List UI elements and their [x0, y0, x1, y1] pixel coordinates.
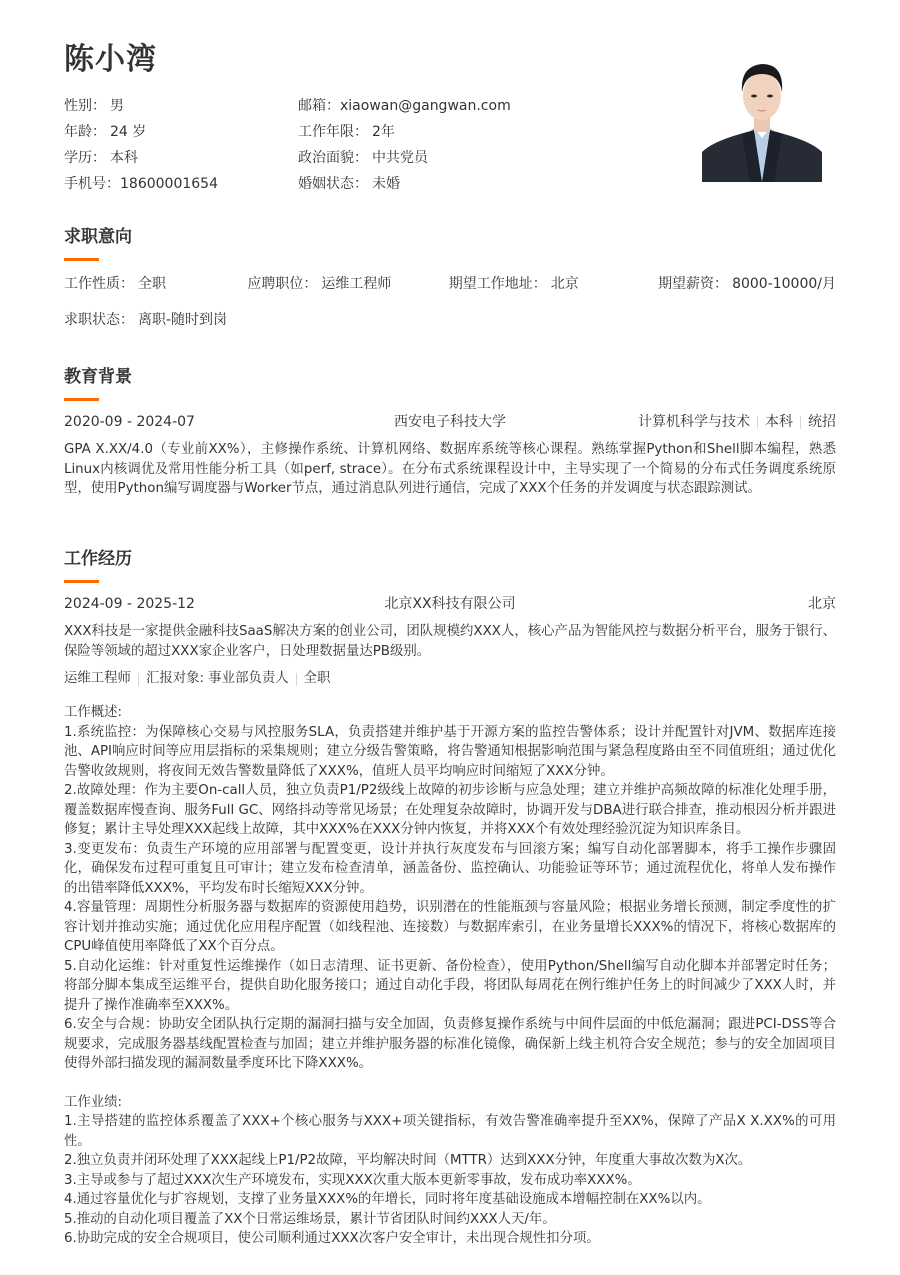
education-meta: 计算机科学与技术 本科 统招	[576, 412, 836, 432]
portrait-icon	[702, 50, 822, 182]
section-underline	[64, 398, 99, 401]
section-title: 教育背景	[64, 365, 836, 389]
achievement-item: 6.协助完成的安全合规项目，使公司顺利通过XXX次客户安全审计，未出现合规性扣分…	[64, 1229, 836, 1249]
info-marital: 婚姻状态：未婚	[298, 171, 684, 197]
intent-status: 求职状态：离职-随时到岗	[64, 310, 227, 330]
achievement-item: 3.主导或参与了超过XXX次生产环境发布，实现XXX次重大版本更新零事故，发布成…	[64, 1171, 836, 1191]
achievements-label: 工作业绩:	[64, 1093, 836, 1113]
education-period: 2020-09 - 2024-07	[64, 412, 324, 432]
education-header: 2020-09 - 2024-07 西安电子科技大学 计算机科学与技术 本科 统…	[64, 412, 836, 432]
major: 计算机科学与技术	[638, 412, 750, 432]
info-gender: 性别：男	[64, 93, 298, 119]
employment-type: 全职	[304, 669, 331, 689]
section-work: 工作经历 2024-09 - 2025-12 北京XX科技有限公司 北京 XXX…	[64, 547, 836, 1249]
overview-item: 2.故障处理：作为主要On-call人员，独立负责P1/P2级线上故障的初步诊断…	[64, 781, 836, 840]
work-header: 2024-09 - 2025-12 北京XX科技有限公司 北京	[64, 594, 836, 614]
overview-item: 5.自动化运维：针对重复性运维操作（如日志清理、证书更新、备份检查），使用Pyt…	[64, 957, 836, 1016]
overview-item: 6.安全与合规：协助安全团队执行定期的漏洞扫描与安全加固，负责修复操作系统与中间…	[64, 1015, 836, 1074]
info-political: 政治面貌：中共党员	[298, 145, 684, 171]
info-education: 学历：本科	[64, 145, 298, 171]
basic-info: 性别：男 邮箱：xiaowan@gangwan.com 年龄：24 岁 工作年限…	[64, 93, 684, 197]
report-to: 汇报对象: 事业部负责人	[146, 669, 289, 689]
info-phone: 手机号：18600001654	[64, 171, 298, 197]
company-name: 北京XX科技有限公司	[324, 594, 576, 614]
achievement-item: 4.通过容量优化与扩容规划，支撑了业务量XXX%的年增长，同时将年度基础设施成本…	[64, 1190, 836, 1210]
section-underline	[64, 258, 99, 261]
section-education: 教育背景 2020-09 - 2024-07 西安电子科技大学 计算机科学与技术…	[64, 365, 836, 499]
enrollment-type: 统招	[808, 412, 836, 432]
info-age: 年龄：24 岁	[64, 119, 298, 145]
overview-item: 1.系统监控：为保障核心交易与风控服务SLA，负责搭建并维护基于开源方案的监控告…	[64, 723, 836, 782]
degree: 本科	[765, 412, 793, 432]
intent-salary: 期望薪资：8000-10000/月	[658, 274, 836, 294]
company-intro: XXX科技是一家提供金融科技SaaS解决方案的创业公司，团队规模约XXX人，核心…	[64, 622, 836, 661]
intent-position: 应聘职位：运维工程师	[247, 274, 448, 294]
intent-work-type: 工作性质：全职	[64, 274, 247, 294]
school-name: 西安电子科技大学	[324, 412, 576, 432]
separator	[800, 416, 801, 429]
work-tags: 运维工程师 汇报对象: 事业部负责人 全职	[64, 669, 836, 689]
work-period: 2024-09 - 2025-12	[64, 594, 324, 614]
work-city: 北京	[576, 594, 836, 614]
work-achievements: 工作业绩: 1.主导搭建的监控体系覆盖了XXX+个核心服务与XXX+项关键指标，…	[64, 1093, 836, 1249]
overview-item: 3.变更发布：负责生产环境的应用部署与配置变更，设计并执行灰度发布与回滚方案；编…	[64, 840, 836, 899]
profile-photo	[702, 50, 822, 182]
section-title: 求职意向	[64, 225, 836, 249]
intent-row-2: 求职状态：离职-随时到岗	[64, 310, 836, 330]
separator	[138, 673, 139, 686]
section-underline	[64, 580, 99, 583]
achievement-item: 5.推动的自动化项目覆盖了XX个日常运维场景，累计节省团队时间约XXX人天/年。	[64, 1210, 836, 1230]
info-email: 邮箱：xiaowan@gangwan.com	[298, 93, 684, 119]
candidate-name: 陈小湾	[64, 40, 157, 80]
intent-location: 期望工作地址：北京	[449, 274, 658, 294]
job-title: 运维工程师	[64, 669, 131, 689]
separator	[757, 416, 758, 429]
section-title: 工作经历	[64, 547, 836, 571]
achievement-item: 2.独立负责并闭环处理了XXX起线上P1/P2故障，平均解决时间（MTTR）达到…	[64, 1151, 836, 1171]
overview-label: 工作概述:	[64, 703, 836, 723]
separator	[296, 673, 297, 686]
overview-item: 4.容量管理：周期性分析服务器与数据库的资源使用趋势，识别潜在的性能瓶颈与容量风…	[64, 898, 836, 957]
education-description: GPA X.XX/4.0（专业前XX%），主修操作系统、计算机网络、数据库系统等…	[64, 440, 836, 499]
section-job-intent: 求职意向 工作性质：全职 应聘职位：运维工程师 期望工作地址：北京 期望薪资：8…	[64, 225, 836, 330]
intent-row-1: 工作性质：全职 应聘职位：运维工程师 期望工作地址：北京 期望薪资：8000-1…	[64, 274, 836, 294]
work-overview: 工作概述: 1.系统监控：为保障核心交易与风控服务SLA，负责搭建并维护基于开源…	[64, 703, 836, 1074]
info-work-years: 工作年限：2年	[298, 119, 684, 145]
achievement-item: 1.主导搭建的监控体系覆盖了XXX+个核心服务与XXX+项关键指标，有效告警准确…	[64, 1112, 836, 1151]
